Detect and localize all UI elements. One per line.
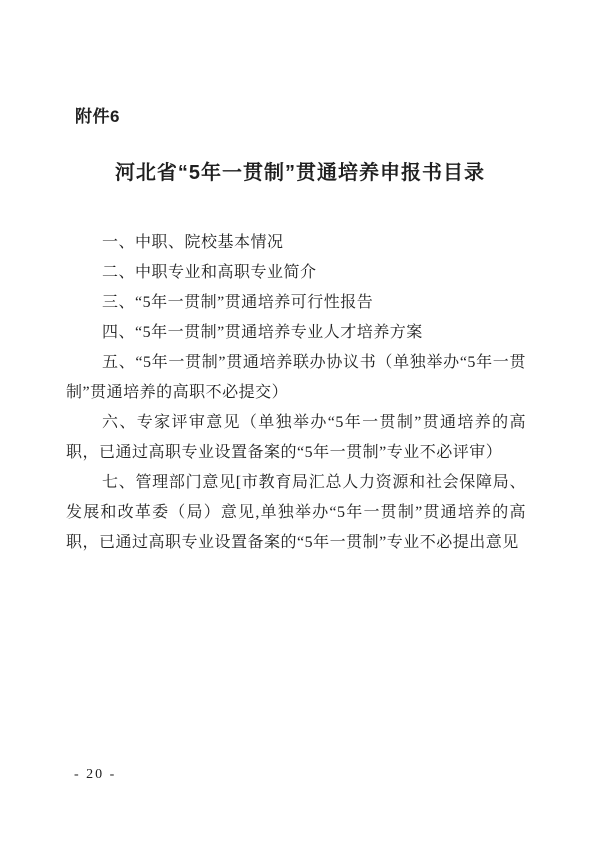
toc-item: 二、中职专业和高职专业简介 xyxy=(66,258,526,288)
toc-item: 四、“5年一贯制”贯通培养专业人才培养方案 xyxy=(66,318,526,348)
document-title: 河北省“5年一贯制”贯通培养申报书目录 xyxy=(0,156,600,185)
table-of-contents: 一、中职、院校基本情况 二、中职专业和高职专业简介 三、“5年一贯制”贯通培养可… xyxy=(66,228,526,558)
toc-item: 三、“5年一贯制”贯通培养可行性报告 xyxy=(66,288,526,318)
toc-item: 七、管理部门意见[市教育局汇总人力资源和社会保障局、发展和改革委（局）意见,单独… xyxy=(66,468,526,558)
toc-item: 五、“5年一贯制”贯通培养联办协议书（单独举办“5年一贯制”贯通培养的高职不必提… xyxy=(66,348,526,408)
attachment-label: 附件6 xyxy=(75,102,120,127)
document-page: 附件6 河北省“5年一贯制”贯通培养申报书目录 一、中职、院校基本情况 二、中职… xyxy=(0,0,600,848)
toc-item: 一、中职、院校基本情况 xyxy=(66,228,526,258)
toc-item: 六、专家评审意见（单独举办“5年一贯制”贯通培养的高职，已通过高职专业设置备案的… xyxy=(66,408,526,468)
page-number: - 20 - xyxy=(74,767,116,783)
